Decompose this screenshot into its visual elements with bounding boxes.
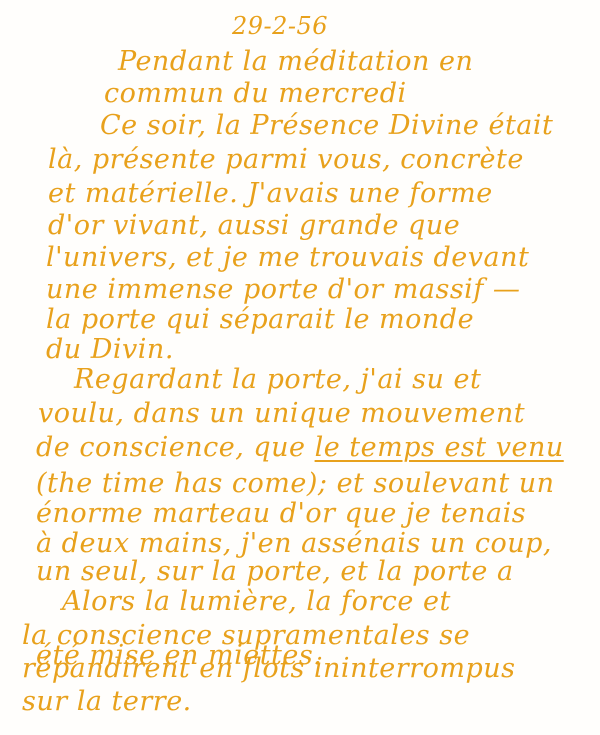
manuscript-page: 29-2-56 Pendant la méditation en commun … — [0, 0, 600, 735]
heading-line-2: commun du mercredi — [104, 80, 407, 107]
paragraph-1-line: Ce soir, la Présence Divine était — [100, 112, 553, 139]
paragraph-2-line: énorme marteau d'or que je tenais — [36, 500, 526, 527]
paragraph-1-line: la porte qui séparait le monde — [46, 306, 474, 333]
paragraph-1-line: l'univers, et je me trouvais devant — [46, 244, 529, 271]
paragraph-2-line: à deux mains, j'en assénais un coup, — [36, 530, 552, 557]
paragraph-1-line: d'or vivant, aussi grande que — [48, 212, 460, 239]
paragraph-2-text-before-underline: de conscience, que — [36, 432, 315, 463]
paragraph-3-line: la conscience supramentales se — [22, 622, 470, 649]
paragraph-2-line: Regardant la porte, j'ai su et — [74, 366, 481, 393]
paragraph-1-line: du Divin. — [46, 336, 174, 363]
paragraph-1-line: là, présente parmi vous, concrète — [48, 146, 524, 173]
paragraph-1-line: et matérielle. J'avais une forme — [48, 180, 493, 207]
underlined-phrase: le temps est venu — [315, 432, 564, 463]
heading-line-1: Pendant la méditation en — [118, 48, 473, 75]
paragraph-2-line-with-underline: de conscience, que le temps est venu — [36, 434, 564, 461]
paragraph-3-line: sur la terre. — [22, 688, 192, 715]
paragraph-3-line: répandirent en flots ininterrompus — [22, 655, 515, 682]
paragraph-1-line: une immense porte d'or massif — — [46, 276, 520, 303]
date: 29-2-56 — [232, 14, 328, 38]
paragraph-3-line: Alors la lumière, la force et — [62, 588, 451, 615]
paragraph-2-line: (the time has come); et soulevant un — [36, 470, 555, 497]
paragraph-2-line: un seul, sur la porte, et la porte a — [36, 558, 514, 585]
paragraph-2-line: voulu, dans un unique mouvement — [38, 400, 525, 427]
